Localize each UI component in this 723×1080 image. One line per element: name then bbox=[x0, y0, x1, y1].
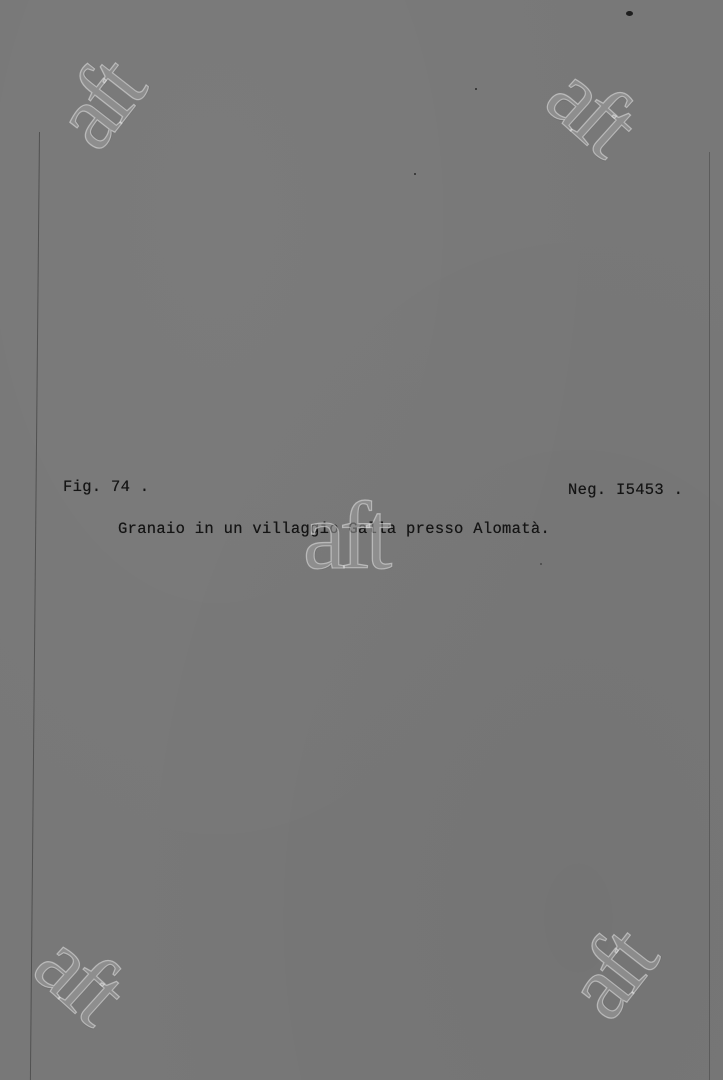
left-margin-rule bbox=[30, 132, 40, 1080]
dust-speck bbox=[414, 173, 416, 175]
dust-speck bbox=[540, 563, 542, 565]
watermark-bottom-left: aft bbox=[19, 915, 139, 1036]
ink-speck bbox=[626, 11, 633, 16]
watermark-center: aft bbox=[303, 488, 386, 584]
photo-mount-card: ​ ​ ​ Fig. 74 . Neg. I5453 . Granaio in … bbox=[0, 0, 723, 1080]
watermark-top-right: aft bbox=[531, 47, 651, 168]
watermark-bottom-right: aft bbox=[549, 915, 670, 1034]
negative-number: Neg. I5453 . bbox=[568, 481, 683, 499]
figure-number: Fig. 74 . bbox=[63, 478, 149, 496]
dust-speck bbox=[475, 88, 477, 90]
right-margin-rule bbox=[709, 152, 710, 1080]
watermark-top-left: aft bbox=[37, 45, 158, 164]
